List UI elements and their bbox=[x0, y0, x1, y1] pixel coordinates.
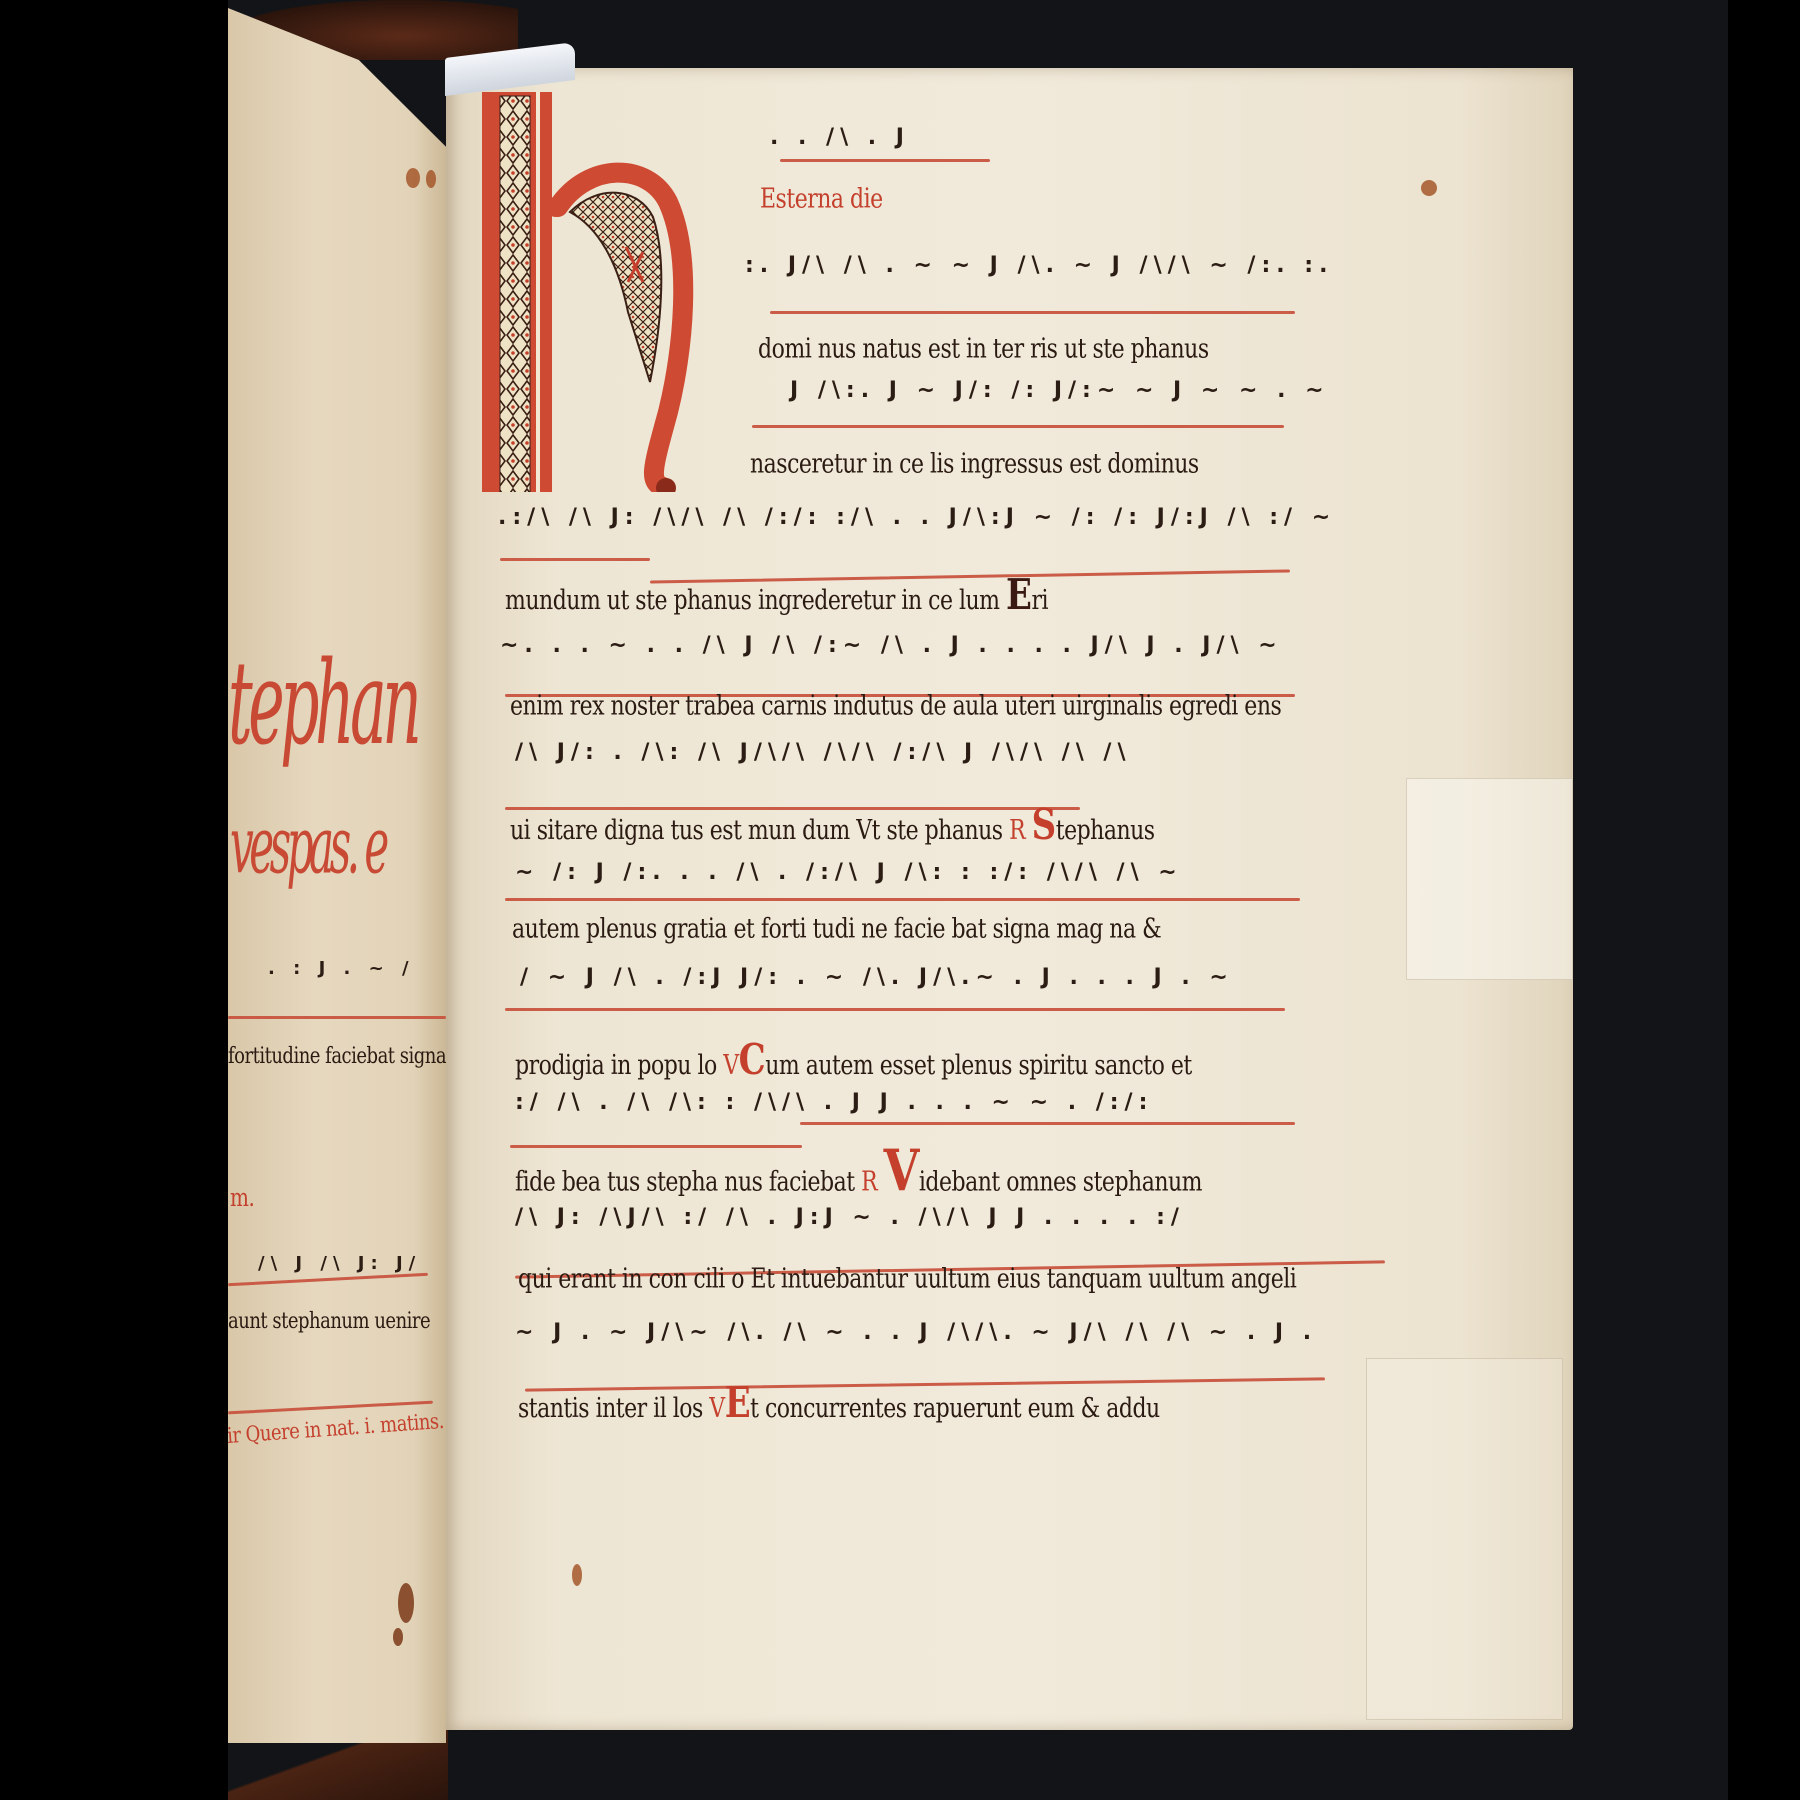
rubric-initial: V bbox=[884, 1137, 919, 1205]
neume-row: J /\:. J ~ J/: /: J/:~ ~ J ~ ~ . ~ bbox=[790, 378, 1330, 403]
staff-rule bbox=[770, 311, 1295, 314]
neumes: . : J . ~ / bbox=[268, 958, 415, 979]
illuminated-initial-h-icon bbox=[478, 92, 748, 492]
rubric-title-line2: vespas. e bbox=[230, 808, 385, 886]
neume-row: .:/\ /\ J: /\/\ /\ /:/: :/\ . . J/\:J ~ … bbox=[498, 505, 1336, 530]
chant-text-line-4: mundum ut ste phanus ingrederetur in ce … bbox=[505, 570, 1048, 620]
neume-row: /\ J/: . /\: /\ J/\/\ /\/\ /:/\ J /\/\ /… bbox=[515, 740, 1131, 765]
staff-rule bbox=[780, 159, 990, 162]
staff-rule bbox=[228, 1273, 428, 1286]
neume-row: / ~ J /\ . /:J J/: . ~ /\. J/\.~ . J . .… bbox=[520, 965, 1234, 990]
repair-patch bbox=[1406, 778, 1573, 980]
rubric-initial: S bbox=[1032, 800, 1056, 850]
chant-text-line-3: nasceretur in ce lis ingressus est domin… bbox=[750, 449, 1199, 480]
neume-row: ~ /: J /:. . . /\ . /:/\ J /\: : :/: /\/… bbox=[515, 860, 1183, 885]
stain bbox=[572, 1564, 582, 1586]
rubric-initial: C bbox=[739, 1035, 766, 1085]
chant-text-line-11: stantis inter il los VEt concurrentes ra… bbox=[518, 1378, 1160, 1428]
stain bbox=[393, 1628, 403, 1646]
stain bbox=[1421, 180, 1437, 196]
text-line: m. bbox=[230, 1182, 254, 1212]
staff-rule bbox=[800, 1122, 1295, 1125]
neume-row: :/ /\ . /\ /\: : /\/\ . J J . . . ~ ~ . … bbox=[515, 1090, 1153, 1115]
staff-rule bbox=[752, 425, 1284, 428]
text-line: fortitudine faciebat signa bbox=[228, 1043, 446, 1069]
rubric-title-line1: tephan bbox=[228, 648, 417, 763]
neume-row: ~ J . ~ J/\~ /\. /\ ~ . . J /\/\. ~ J/\ … bbox=[515, 1320, 1317, 1345]
staff-rule bbox=[500, 558, 650, 561]
stain bbox=[406, 168, 420, 188]
rubric-initial: E bbox=[1006, 570, 1031, 620]
chant-text-line-5: enim rex noster trabea carnis indutus de… bbox=[510, 691, 1281, 722]
neume-row: . . /\ . J bbox=[770, 125, 910, 150]
staff-rule bbox=[228, 1016, 446, 1019]
neume-row: ~. . . ~ . . /\ J /\ /:~ /\ . J . . . . … bbox=[500, 633, 1283, 658]
left-page: tephan vespas. e . : J . ~ / fortitudine… bbox=[228, 8, 446, 1743]
stain bbox=[398, 1583, 414, 1623]
text-line: ir Quere in nat. i. matins. bbox=[226, 1409, 444, 1449]
neume-row: :. J/\ /\ . ~ ~ J /\. ~ J /\/\ ~ /:. :. bbox=[745, 253, 1333, 278]
chant-text-line-6: ui sitare digna tus est mun dum Vt ste p… bbox=[510, 800, 1155, 850]
chant-text-line-1: Esterna die bbox=[760, 184, 883, 215]
neumes: /\ J /\ J: J/ bbox=[258, 1253, 421, 1274]
chant-text-line-2: domi nus natus est in ter ris ut ste pha… bbox=[758, 334, 1209, 365]
text-line: aunt stephanum uenire bbox=[228, 1308, 430, 1334]
photo-background-right bbox=[1728, 0, 1800, 1800]
repair-patch bbox=[1366, 1358, 1563, 1720]
staff-rule bbox=[505, 898, 1300, 901]
chant-text-line-7: autem plenus gratia et forti tudi ne fac… bbox=[512, 914, 1161, 945]
chant-text-line-10: qui erant in con cili o Et intuebantur u… bbox=[518, 1264, 1296, 1295]
neume-row: /\ J: /\J/\ :/ /\ . J:J ~ . /\/\ J J . .… bbox=[515, 1205, 1185, 1230]
chant-text-line-8: prodigia in popu lo VCum autem esset ple… bbox=[515, 1035, 1192, 1085]
staff-rule bbox=[505, 1008, 1285, 1011]
rubric-initial: E bbox=[725, 1378, 750, 1428]
stain bbox=[426, 170, 436, 188]
chant-text-line-9: fide bea tus stepha nus faciebat R Videb… bbox=[515, 1137, 1202, 1205]
photo-background-left bbox=[0, 0, 228, 1800]
